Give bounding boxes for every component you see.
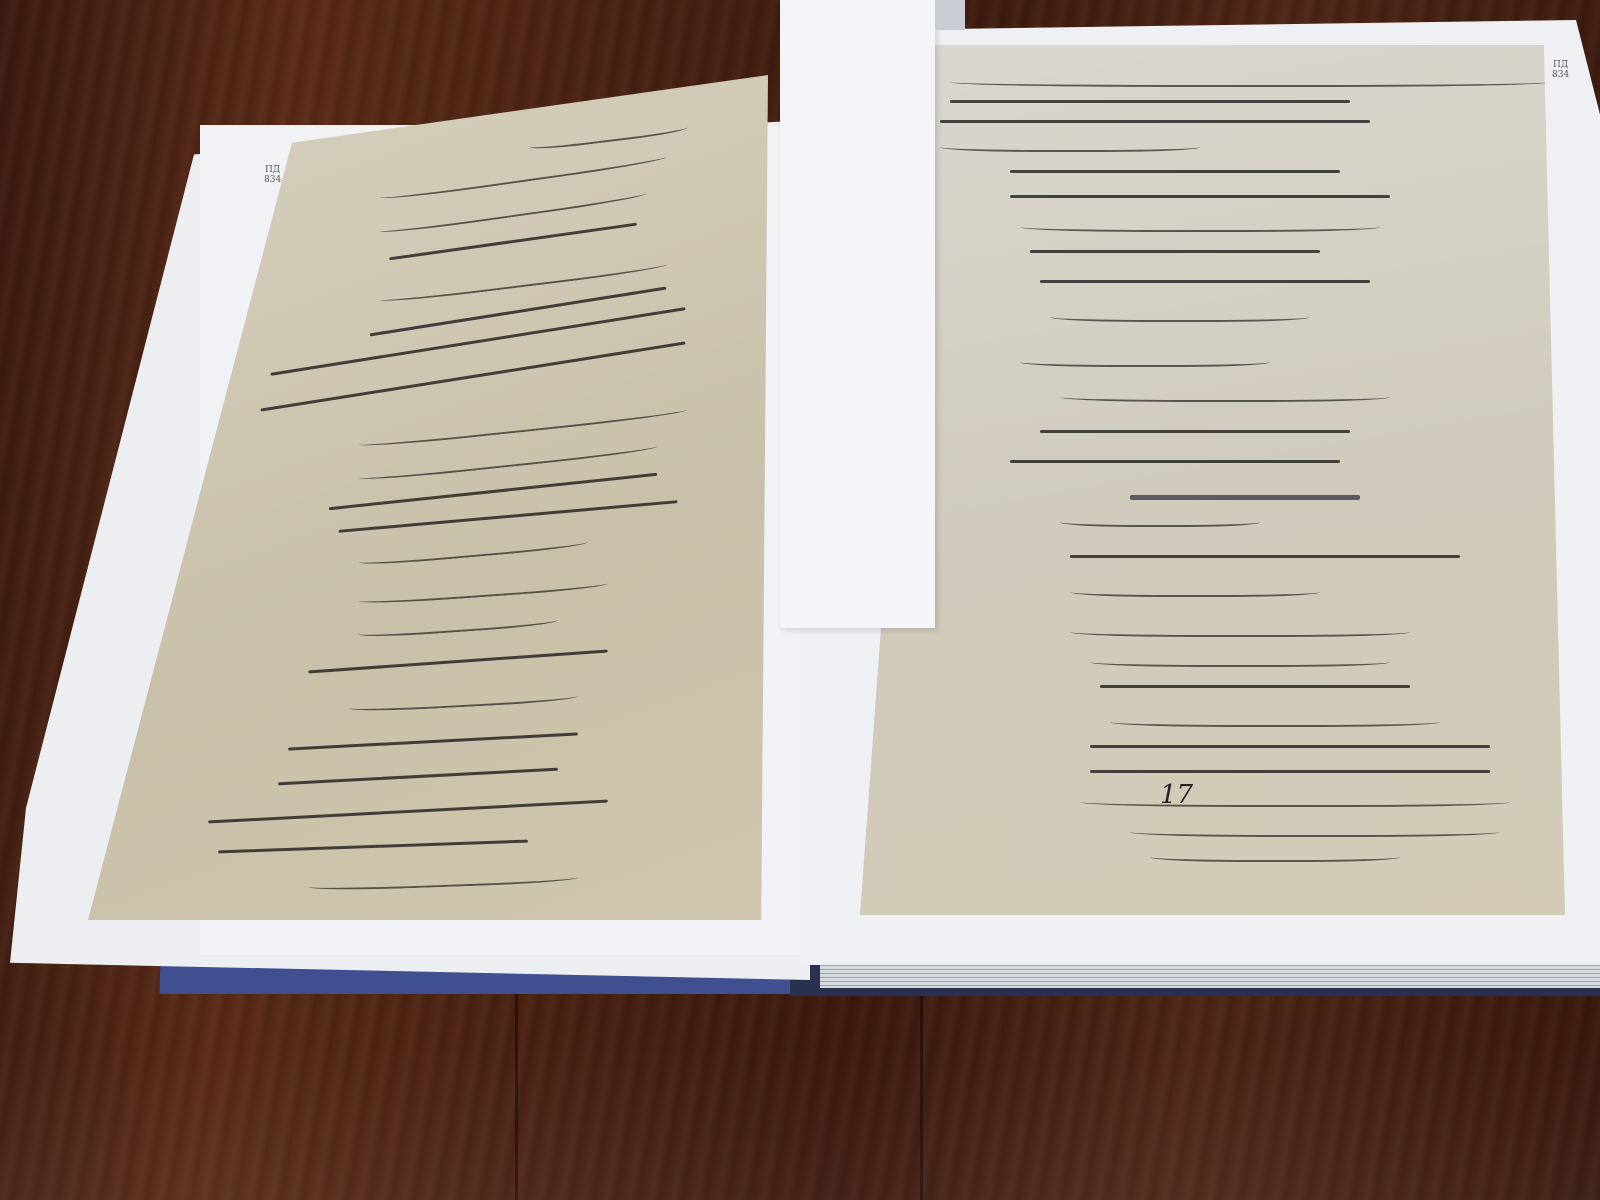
handwriting-stroke [1070,585,1320,597]
right-archive-label: ПД 834 [1552,60,1569,80]
strikethrough [1030,250,1320,253]
strikethrough [1090,770,1490,773]
page-stack-corner [935,0,965,30]
handwriting-stroke [950,75,1550,87]
strikethrough [260,341,685,411]
left-archive-label-line2: 834 [264,175,281,185]
strikethrough [339,500,678,533]
handwriting-stroke [308,870,578,891]
strikethrough [1100,685,1410,688]
handwriting-stroke [1080,795,1510,807]
handwriting-stroke [348,689,578,713]
strikethrough [950,100,1350,103]
left-archive-label-line1: ПД [264,165,281,175]
handwriting-stroke [1150,850,1400,862]
strikethrough [1010,460,1340,463]
strikethrough [1010,195,1390,198]
handwriting-stroke [1050,310,1310,322]
handwriting-stroke [378,257,667,304]
right-archive-label-line2: 834 [1552,70,1569,80]
handwriting-stroke [1020,220,1380,232]
handwriting-stroke [1130,825,1500,837]
strikethrough [278,768,558,786]
strikethrough [1040,430,1350,433]
strikethrough [1130,495,1360,500]
strikethrough [308,650,607,674]
strikethrough [1090,745,1490,748]
handwriting-stroke [528,120,688,151]
left-archive-label: ПД 834 [264,165,281,185]
handwriting-stroke [1060,390,1390,402]
handwriting-stroke [1110,715,1440,727]
strikethrough [218,840,528,854]
handwriting-stroke [358,576,608,605]
strikethrough [1040,280,1370,283]
right-manuscript-facsimile: 17 [860,45,1565,915]
strikethrough [940,120,1370,123]
handwriting-stroke [1070,625,1410,637]
handwriting-stroke [940,140,1200,152]
date-fragment: 17 [1160,780,1193,810]
handwriting-stroke [358,613,558,639]
strikethrough [208,800,608,824]
strikethrough [288,732,578,750]
right-archive-label-line1: ПД [1552,60,1569,70]
handwriting-stroke [358,535,588,567]
paper-bookmark[interactable] [780,0,935,628]
table-glare [0,1040,1600,1200]
handwriting-stroke [1060,515,1260,527]
handwriting-stroke [1090,655,1390,667]
strikethrough [1070,555,1460,558]
handwriting-stroke [1020,355,1270,367]
strikethrough [1010,170,1340,173]
handwriting-stroke [358,439,658,482]
